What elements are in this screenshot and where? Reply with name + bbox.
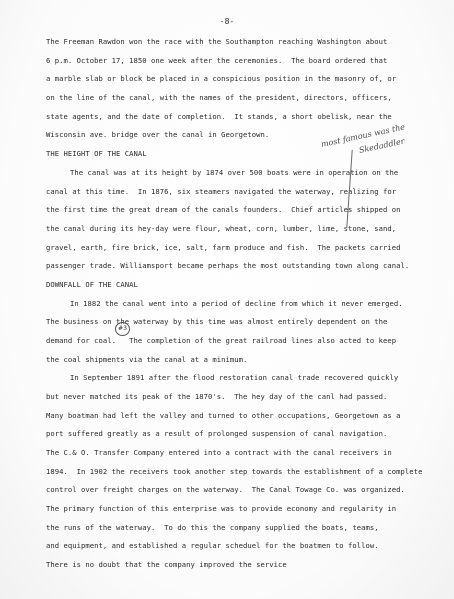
document-page: -8- The Freeman Rawdon won the race with… [0,0,454,599]
text-line: The business on the waterway by this tim… [46,317,387,326]
text-line: The primary function of this enterprise … [46,504,396,513]
text-line: the canal during its hey-day were flour,… [46,224,396,233]
text-line: port suffered greatly as a result of pro… [46,429,387,438]
text-line: and equipment, and established a regular… [46,541,379,550]
page-number: -8- [0,17,454,26]
text-line: state agents, and the date of completion… [46,112,392,121]
text-line: In 1882 the canal went into a period of … [70,299,403,308]
text-line: DOWNFALL OF THE CANAL [46,280,138,289]
text-line: passenger trade. Williamsport became per… [46,261,409,270]
text-line: There is no doubt that the company impro… [46,560,287,569]
text-line: Wisconsin ave. bridge over the canal in … [46,130,269,139]
text-line: canal at this time. In 1876, six steamer… [46,187,396,196]
text-line: 6 p.m. October 17, 1850 one week after t… [46,56,387,65]
text-line: Many boatman had left the valley and tur… [46,411,401,420]
text-line: In September 1891 after the flood restor… [70,373,398,382]
text-line: the coal shipments via the canal at a mi… [46,355,247,364]
text-line: on the line of the canal, with the names… [46,93,392,102]
text-line: 1894. In 1902 the receivers took another… [46,467,422,476]
text-line: The C.& O. Transfer Company entered into… [46,448,392,457]
text-line: gravel, earth, fire brick, ice, salt, fa… [46,243,401,252]
text-line: demand for coal. The completion of the g… [46,336,396,345]
text-line: a marble slab or block be placed in a co… [46,74,396,83]
text-line: The Freeman Rawdon won the race with the… [46,37,387,46]
text-line: the runs of the waterway. To do this the… [46,523,379,532]
text-line: control over freight charges on the wate… [46,485,405,494]
text-line: THE HEIGHT OF THE CANAL [46,149,147,158]
text-line: but never matched its peak of the 1870's… [46,392,387,401]
circled-footnote-marker: #3 [115,322,130,336]
